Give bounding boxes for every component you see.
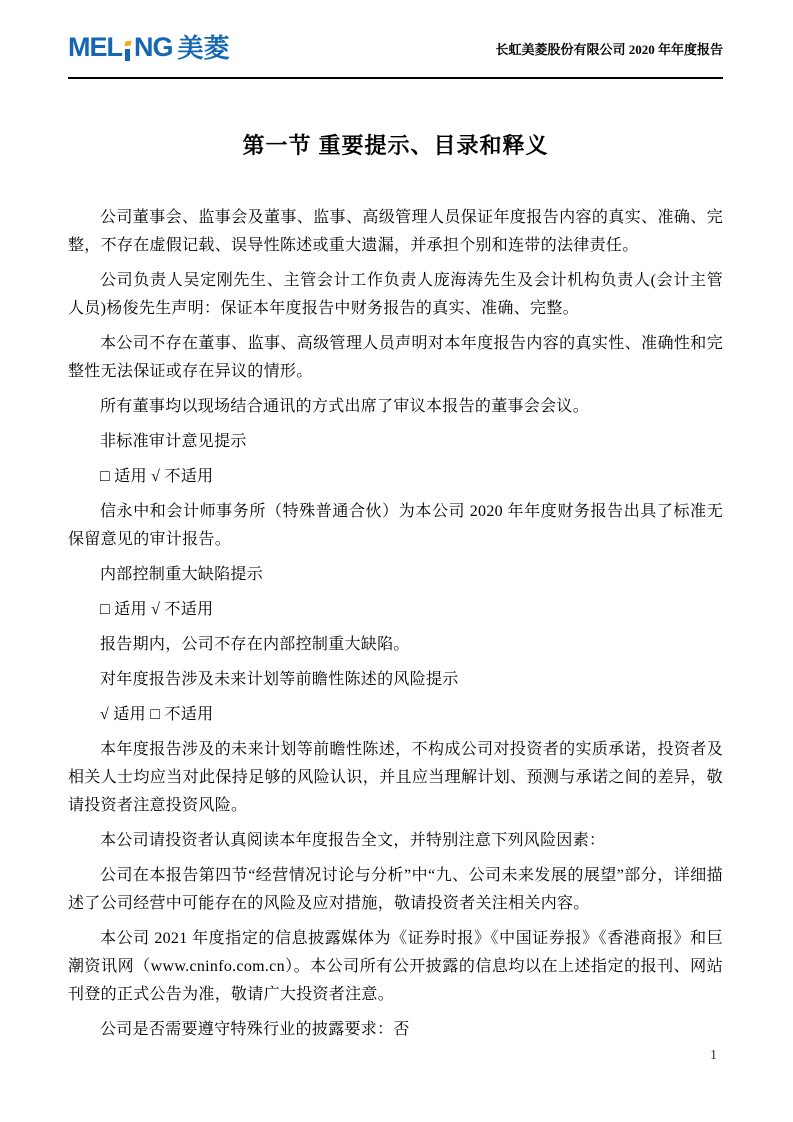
paragraph: 非标准审计意见提示 <box>68 428 723 456</box>
paragraph-container: 公司董事会、监事会及董事、监事、高级管理人员保证年度报告内容的真实、准确、完整，… <box>68 204 723 1044</box>
paragraph: 内部控制重大缺陷提示 <box>68 561 723 589</box>
applicability-line: √ 适用 □ 不适用 <box>68 701 723 729</box>
logo-text-mel: MEL <box>68 34 122 61</box>
paragraph: 本公司请投资者认真阅读本年度报告全文，并特别注意下列风险因素： <box>68 827 723 855</box>
logo-text-ng: NG <box>134 34 173 61</box>
paragraph: 对年度报告涉及未来计划等前瞻性陈述的风险提示 <box>68 666 723 694</box>
section-title: 第一节 重要提示、目录和释义 <box>68 129 723 160</box>
paragraph: 信永中和会计师事务所（特殊普通合伙）为本公司 2020 年年度财务报告出具了标准… <box>68 498 723 554</box>
paragraph: 公司在本报告第四节“经营情况讨论与分析”中“九、公司未来发展的展望”部分，详细描… <box>68 862 723 918</box>
paragraph: 公司负责人吴定刚先生、主管会计工作负责人庞海涛先生及会计机构负责人(会计主管人员… <box>68 267 723 323</box>
paragraph: 本公司 2021 年度指定的信息披露媒体为《证券时报》《中国证券报》《香港商报》… <box>68 925 723 1009</box>
paragraph: 本公司不存在董事、监事、高级管理人员声明对本年度报告内容的真实性、准确性和完整性… <box>68 330 723 386</box>
meling-logo: MELNG 美菱 <box>68 34 230 61</box>
paragraph: 公司董事会、监事会及董事、监事、高级管理人员保证年度报告内容的真实、准确、完整，… <box>68 204 723 260</box>
page-header: MELNG 美菱 长虹美菱股份有限公司 2020 年年度报告 <box>68 34 723 79</box>
report-body: 第一节 重要提示、目录和释义 公司董事会、监事会及董事、监事、高级管理人员保证年… <box>68 129 723 1044</box>
logo-orange-tick-icon <box>124 41 131 47</box>
applicability-line: □ 适用 √ 不适用 <box>68 596 723 624</box>
logo-i-mark <box>124 41 132 61</box>
report-page: MELNG 美菱 长虹美菱股份有限公司 2020 年年度报告 第一节 重要提示、… <box>0 0 793 1122</box>
logo-i-bar <box>125 49 130 61</box>
page-number: 1 <box>710 1048 717 1063</box>
paragraph: 公司是否需要遵守特殊行业的披露要求：否 <box>68 1016 723 1044</box>
logo-latin-text: MELNG <box>68 34 173 61</box>
page-footer: 1 <box>710 1046 717 1064</box>
paragraph: 本年度报告涉及的未来计划等前瞻性陈述，不构成公司对投资者的实质承诺，投资者及相关… <box>68 736 723 820</box>
paragraph: 报告期内，公司不存在内部控制重大缺陷。 <box>68 631 723 659</box>
paragraph: 所有董事均以现场结合通讯的方式出席了审议本报告的董事会会议。 <box>68 393 723 421</box>
logo-cjk-text: 美菱 <box>178 35 230 61</box>
applicability-line: □ 适用 √ 不适用 <box>68 463 723 491</box>
report-header-title: 长虹美菱股份有限公司 2020 年年度报告 <box>495 39 723 61</box>
